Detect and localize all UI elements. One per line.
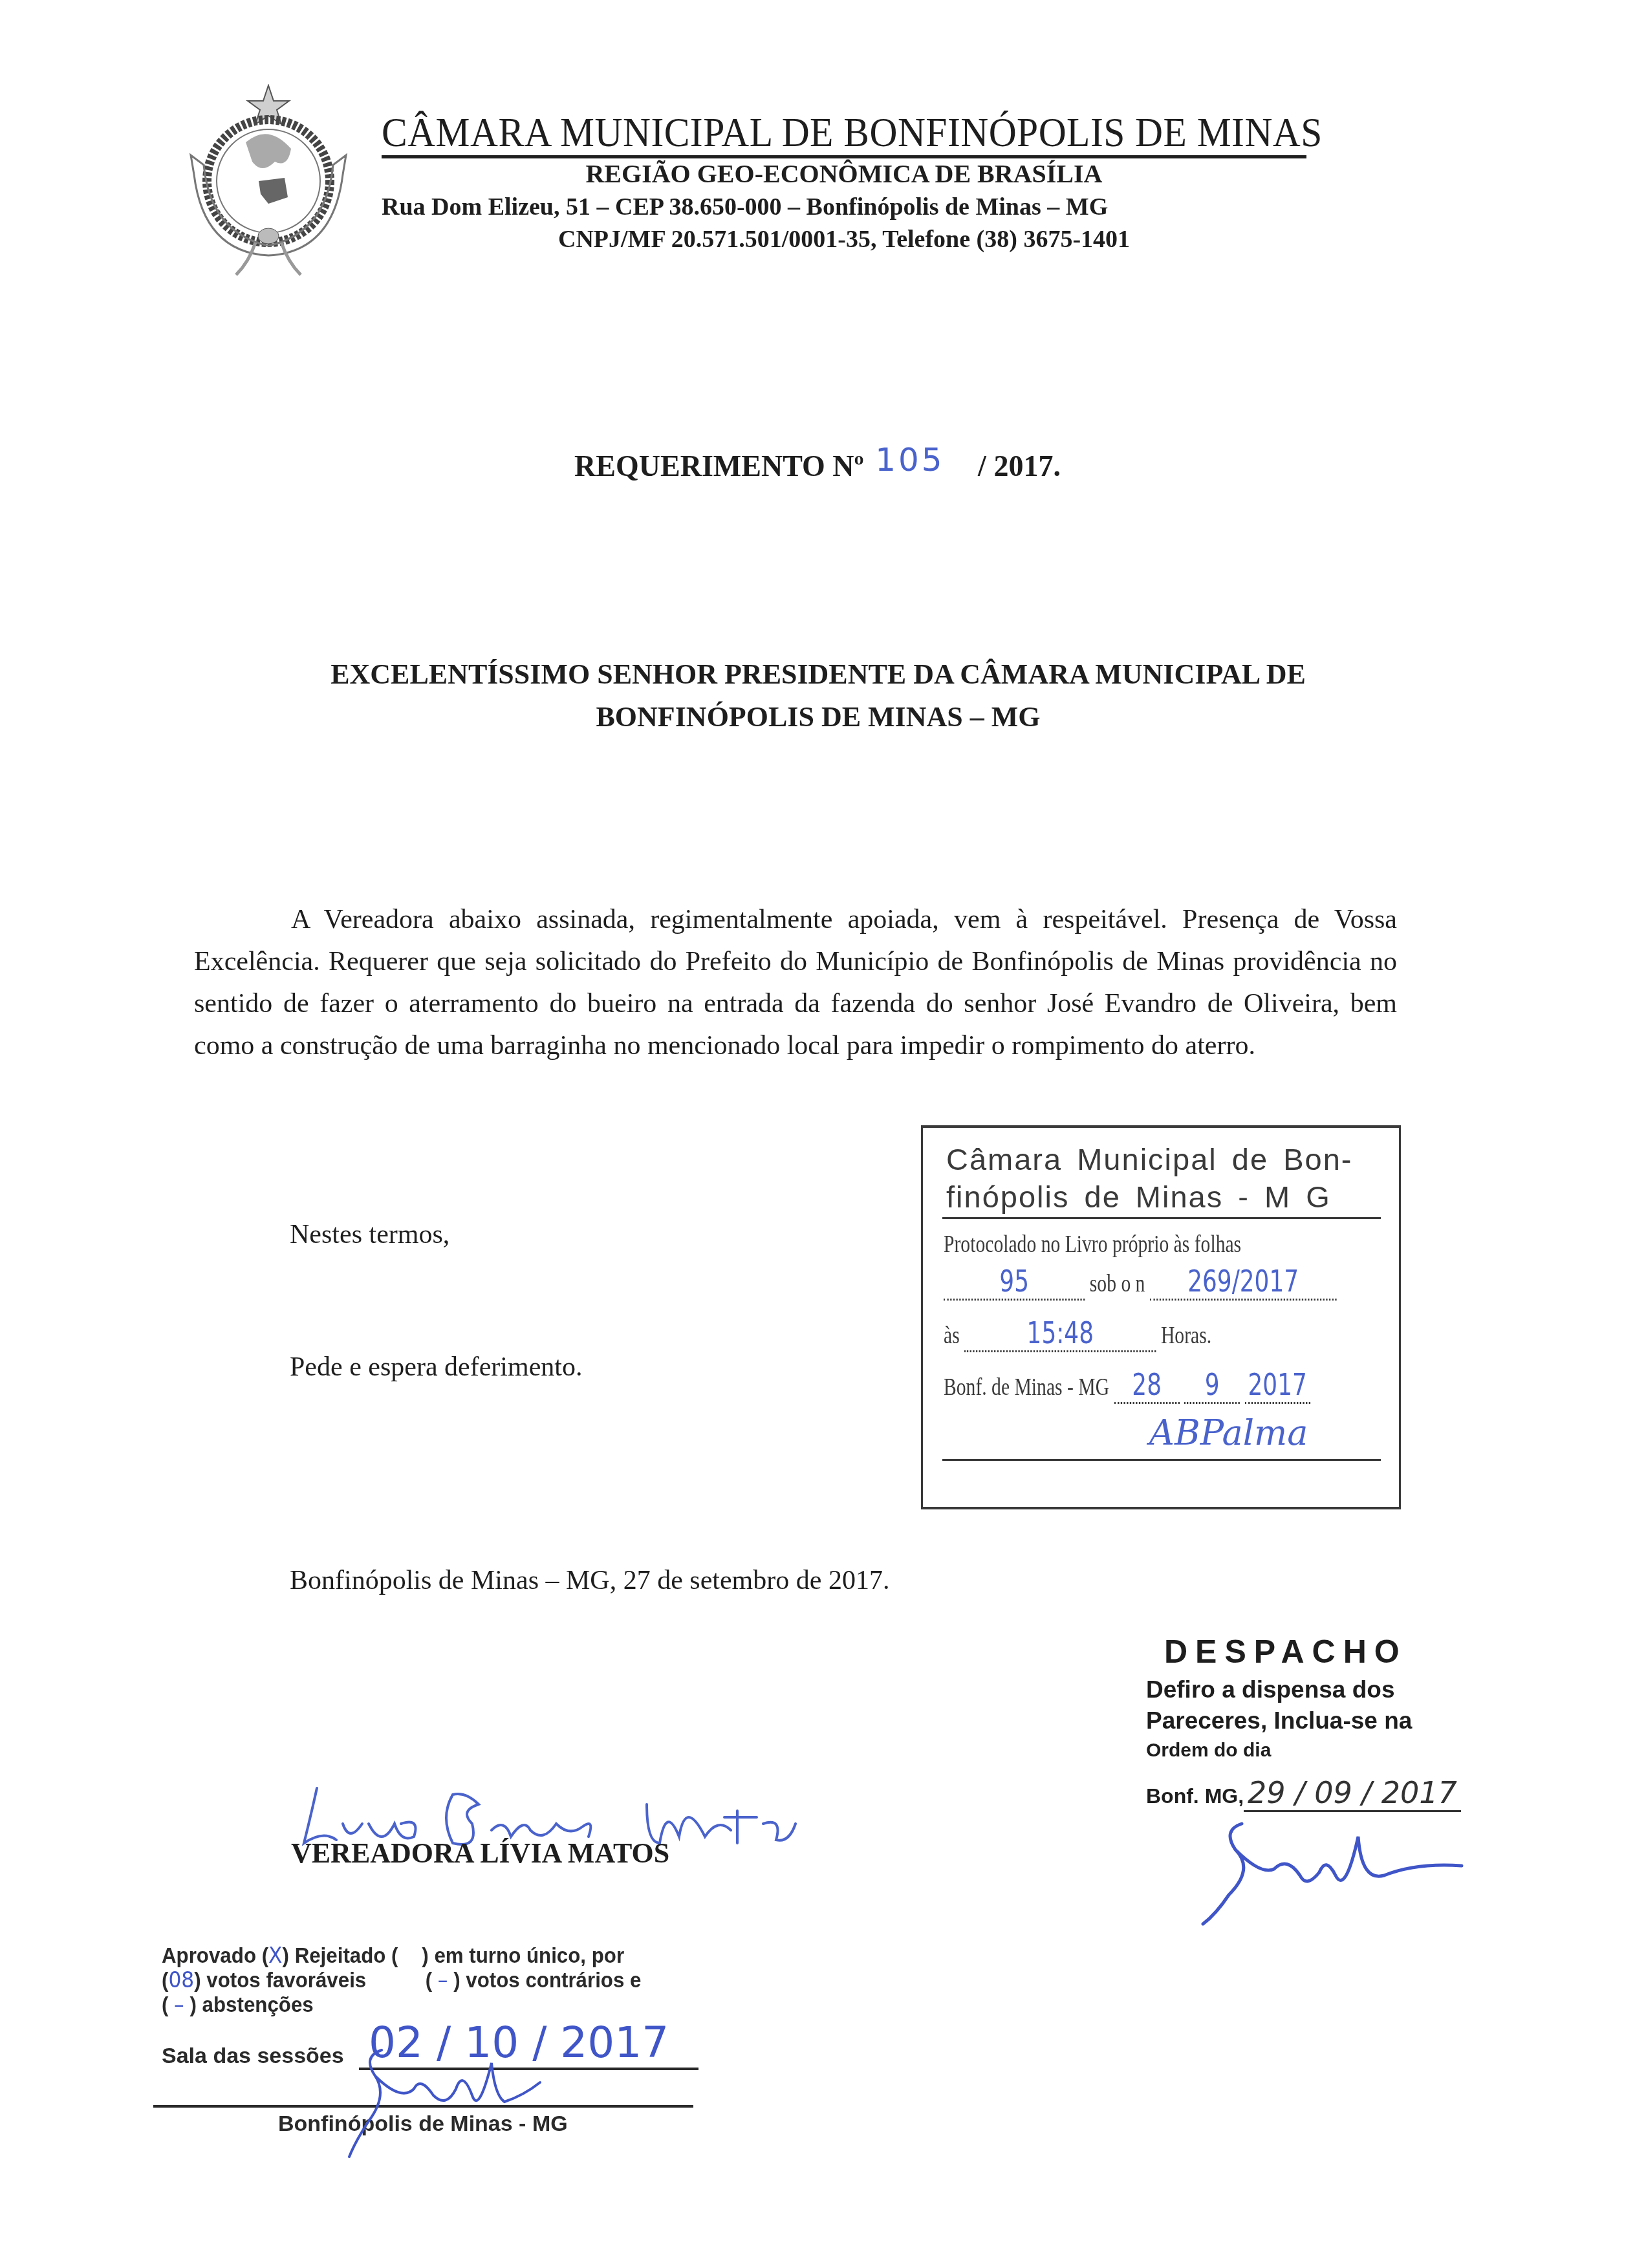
signatory-name: VEREADORA LÍVIA MATOS (291, 1837, 669, 1870)
vote-turno-label: ) em turno único, por (422, 1943, 624, 1968)
body-text: A Vereadora abaixo assinada, regimentalm… (194, 899, 1397, 1067)
stamp-as-label: às (944, 1322, 960, 1349)
vote-favor-count: 08 (168, 1967, 194, 1993)
document-title: REQUERIMENTO Nº 105 / 2017. (0, 446, 1635, 484)
vote-result-block: Aprovado (X) Rejeitado () em turno único… (162, 1943, 667, 2017)
institution-title: CÂMARA MUNICIPAL DE BONFINÓPOLIS DE MINA… (382, 109, 1236, 157)
stamp-hora-line: às 15:48 Horas. (944, 1315, 1286, 1352)
vote-abst-label: ) abstenções (189, 1993, 313, 2017)
protocol-stamp: Câmara Municipal de Bon- finópolis de Mi… (921, 1125, 1401, 1509)
stamp-divider (942, 1217, 1381, 1219)
closing-pede-deferimento: Pede e espera deferimento. (290, 1352, 582, 1383)
stamp-folhas-line: 95 sob o n 269/2017 (944, 1264, 1286, 1301)
stamp-place-label: Bonf. de Minas - MG (944, 1374, 1109, 1401)
salutation: EXCELENTÍSSIMO SENHOR PRESIDENTE DA CÂMA… (194, 653, 1442, 739)
president-signature-icon (1196, 1811, 1468, 1927)
despacho-date: Bonf. MG,29 / 09 / 2017 (1146, 1775, 1461, 1810)
stamp-numero-value: 269/2017 (1150, 1264, 1337, 1301)
stamp-date-line: Bonf. de Minas - MG 28 9 2017 (944, 1367, 1286, 1404)
stamp-header-line-2: finópolis de Minas - M G (946, 1178, 1352, 1216)
stamp-sob-label: sob o n (1090, 1270, 1145, 1297)
stamp-year: 2017 (1244, 1367, 1310, 1404)
despacho-date-label: Bonf. MG, (1146, 1784, 1244, 1808)
stamp-month: 9 (1184, 1367, 1240, 1404)
vote-signature-icon (336, 2044, 543, 2160)
despacho-line-1: Defiro a dispensa dos (1146, 1676, 1395, 1703)
document-title-label: REQUERIMENTO Nº (574, 449, 864, 482)
vote-aprovado-label: Aprovado ( (162, 1943, 268, 1968)
stamp-header: Câmara Municipal de Bon- finópolis de Mi… (946, 1141, 1352, 1216)
despacho-line-2: Pareceres, Inclua-se na (1146, 1707, 1412, 1734)
stamp-day: 28 (1114, 1367, 1179, 1404)
stamp-signature-rule (942, 1459, 1381, 1461)
salutation-line-1: EXCELENTÍSSIMO SENHOR PRESIDENTE DA CÂMA… (194, 653, 1442, 696)
despacho-title: DESPACHO (1164, 1633, 1407, 1670)
vote-rejeitado-label: ) Rejeitado ( (283, 1943, 398, 1968)
vote-line-3: ( – ) abstenções (162, 1993, 667, 2017)
vote-aprovado-checkbox: X (268, 1943, 282, 1969)
salutation-line-2: BONFINÓPOLIS DE MINAS – MG (194, 696, 1442, 739)
stamp-signature: ABPalma (1149, 1412, 1308, 1453)
document-number-handwritten: 105 (871, 441, 970, 479)
institution-address: Rua Dom Elizeu, 51 – CEP 38.650-000 – Bo… (382, 193, 1222, 221)
despacho-line-3: Ordem do dia (1146, 1740, 1271, 1762)
vote-abst-count: – (174, 1992, 184, 2018)
stamp-header-line-1: Câmara Municipal de Bon- (946, 1141, 1352, 1178)
vote-sala-label: Sala das sessões (162, 2044, 344, 2069)
document-year: / 2017. (978, 449, 1061, 482)
body-paragraph: A Vereadora abaixo assinada, regimentalm… (194, 899, 1397, 1067)
stamp-folhas-value: 95 (944, 1264, 1085, 1301)
vote-favor-label: ) votos favoráveis (194, 1968, 366, 1993)
vote-contra-label: ) votos contrários e (453, 1968, 641, 1993)
vote-contra-count: – (438, 1967, 448, 1993)
institution-region: REGIÃO GEO-ECONÔMICA DE BRASÍLIA (382, 158, 1306, 189)
stamp-hora-value: 15:48 (964, 1315, 1156, 1352)
municipal-coat-of-arms-icon (184, 84, 352, 278)
despacho-date-handwritten: 29 / 09 / 2017 (1244, 1775, 1461, 1812)
stamp-protocol-label: Protocolado no Livro próprio às folhas (944, 1230, 1286, 1258)
closing-nestes-termos: Nestes termos, (290, 1219, 449, 1250)
vote-line-2: (08) votos favoráveis ( – ) votos contrá… (162, 1968, 667, 1993)
stamp-horas-label: Horas. (1161, 1322, 1211, 1349)
institution-cnpj-phone: CNPJ/MF 20.571.501/0001-35, Telefone (38… (382, 225, 1306, 254)
place-date-line: Bonfinópolis de Minas – MG, 27 de setemb… (290, 1565, 889, 1596)
vote-line-1: Aprovado (X) Rejeitado () em turno único… (162, 1943, 667, 1968)
